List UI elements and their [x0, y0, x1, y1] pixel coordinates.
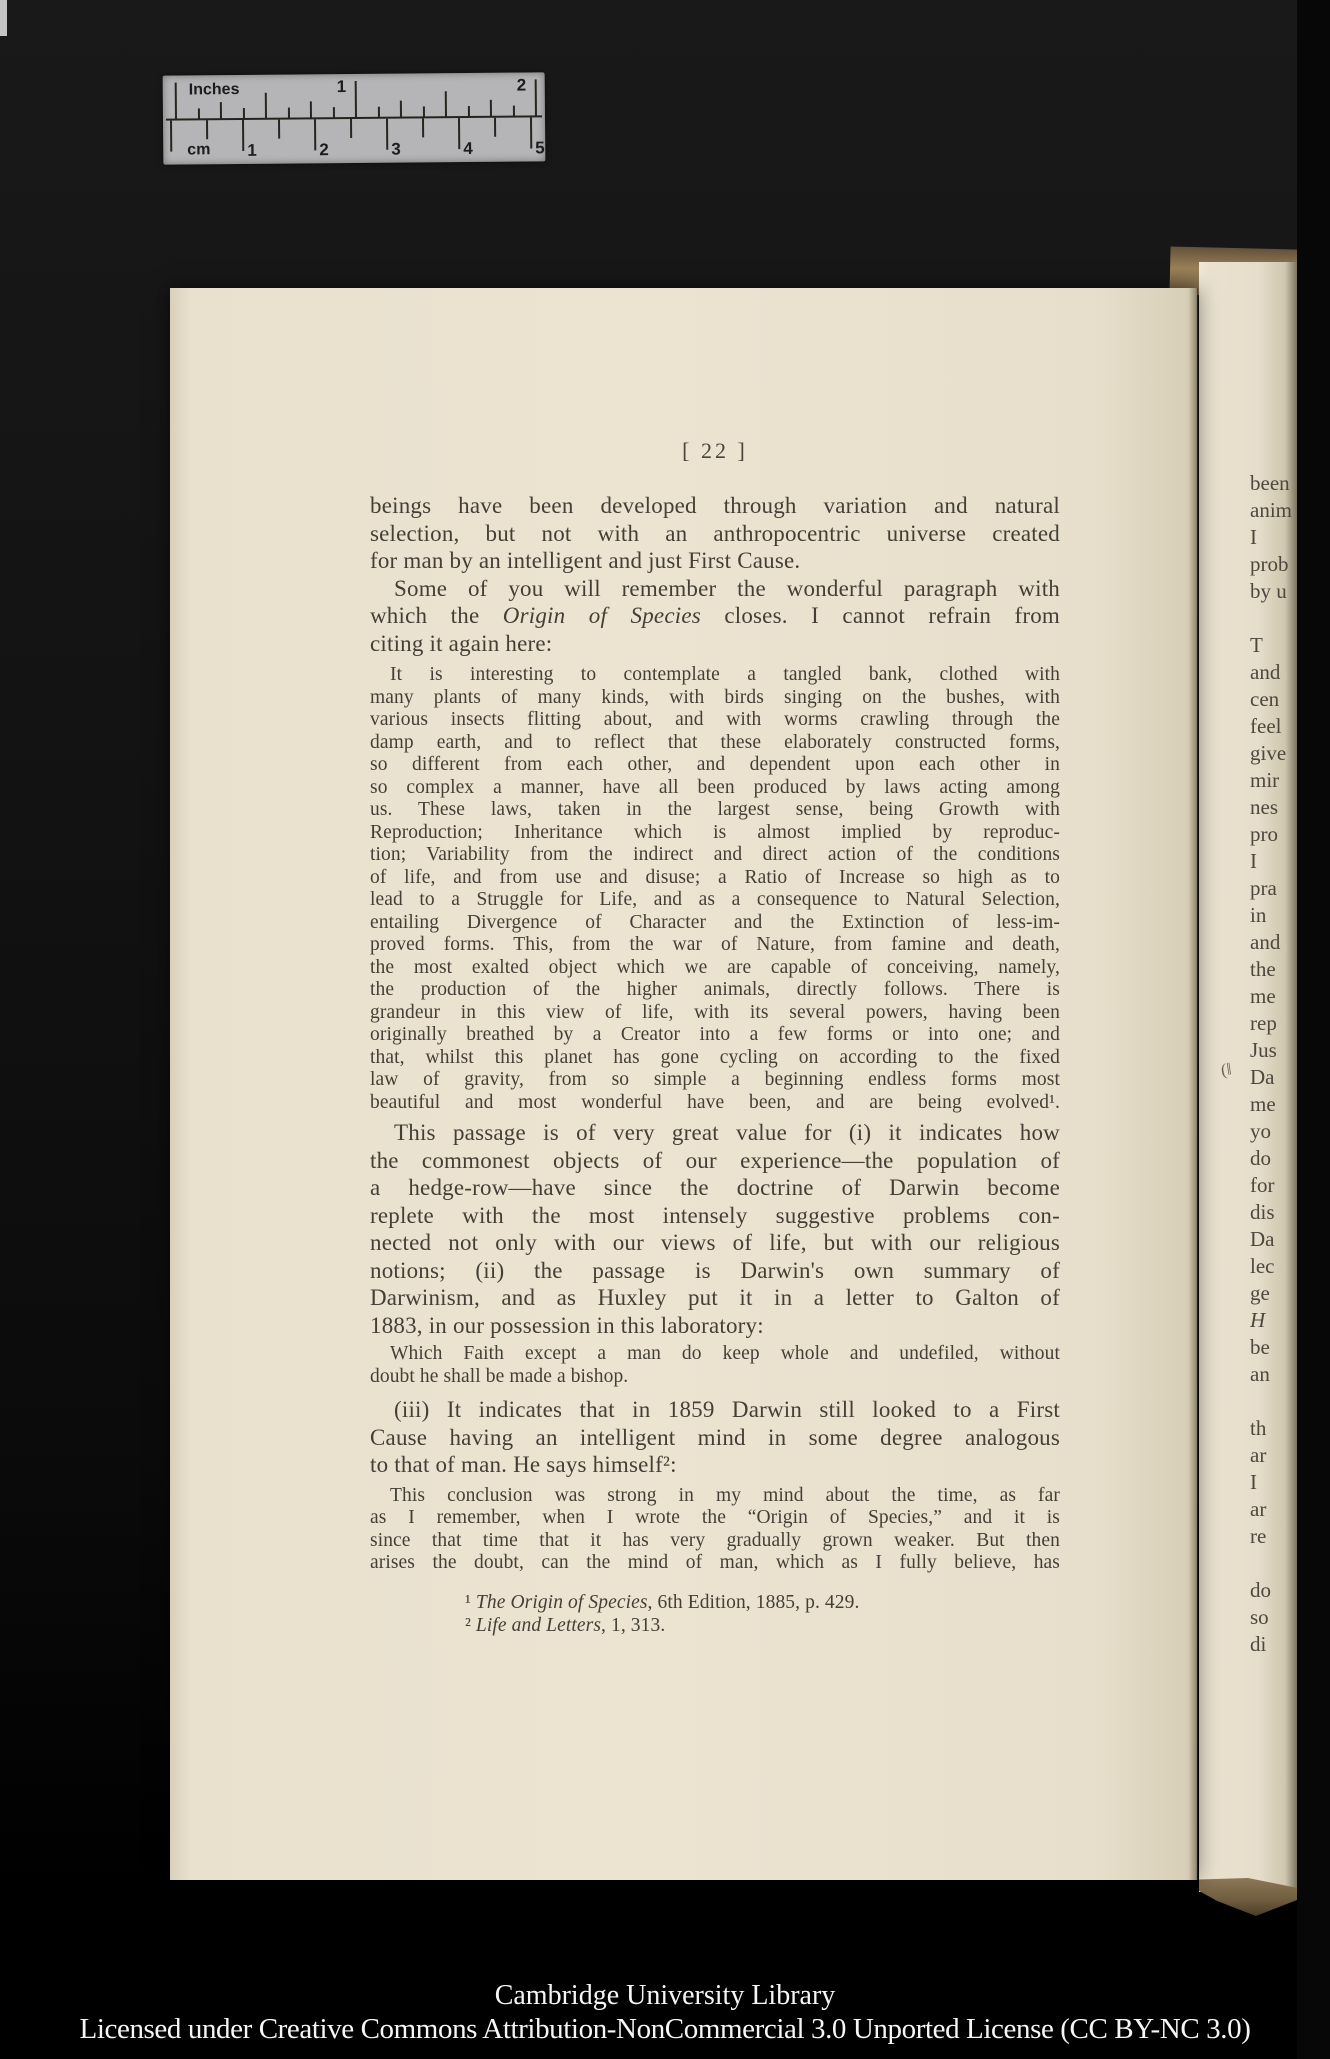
- text-line: ge: [1250, 1280, 1297, 1307]
- text-line: Which Faith except a man do keep whole a…: [370, 1343, 1060, 1366]
- text-line: cen: [1250, 686, 1297, 713]
- text-line: I: [1250, 524, 1297, 551]
- text-line: doubt he shall be made a bishop.: [370, 1366, 1060, 1389]
- text-line: notions; (ii) the passage is Darwin's ow…: [370, 1257, 1060, 1285]
- text-line: replete with the most intensely suggesti…: [370, 1202, 1060, 1230]
- text-line: grandeur in this view of life, with its …: [370, 1002, 1060, 1025]
- text-line: This passage is of very great value for …: [370, 1119, 1060, 1147]
- ruler-inch-numbers: 12: [163, 72, 545, 75]
- ruler-tick: [242, 120, 244, 151]
- text-line: [1250, 605, 1297, 632]
- ruler-tick: [400, 101, 402, 118]
- text-line: prob: [1250, 551, 1297, 578]
- facing-page-text-fragments: beenanimIprobby uTandcenfeelgivemirnespr…: [1250, 470, 1297, 1658]
- paragraph-some-of-you: Some of you will remember the wonderful …: [370, 575, 1060, 658]
- text-line: beings have been developed through varia…: [370, 492, 1060, 520]
- text-line: of life, and from use and disuse; a Rati…: [370, 867, 1060, 890]
- text-line: so complex a manner, have all been produ…: [370, 777, 1060, 800]
- text-line: Da: [1250, 1064, 1297, 1091]
- text-line: do: [1250, 1145, 1297, 1172]
- ruler-tick: [422, 106, 424, 117]
- ruler-tick: [355, 81, 357, 118]
- ruler-tick: [386, 119, 388, 150]
- text-line: This conclusion was strong in my mind ab…: [370, 1485, 1060, 1508]
- text-line: do: [1250, 1577, 1297, 1604]
- ruler-cm-number: 1: [247, 141, 257, 161]
- ruler-cm-number: 2: [319, 140, 329, 160]
- text-line: [1250, 1550, 1297, 1577]
- text-line: as I remember, when I wrote the “Origin …: [370, 1507, 1060, 1530]
- ruler-inch-number: 2: [517, 75, 527, 95]
- text-line: so different from each other, and depend…: [370, 754, 1060, 777]
- text-line: originally breathed by a Creator into a …: [370, 1024, 1060, 1047]
- text-line: for: [1250, 1172, 1297, 1199]
- text-line: Jus: [1250, 1037, 1297, 1064]
- text-line: lec: [1250, 1253, 1297, 1280]
- ruler-tick: [265, 93, 267, 119]
- ruler-tick: [458, 118, 460, 149]
- footnotes: ¹ The Origin of Species, 6th Edition, 18…: [370, 1591, 1060, 1637]
- blockquote-huxley-faith: Which Faith except a man do keep whole a…: [370, 1343, 1060, 1388]
- text-line: arises the doubt, can the mind of man, w…: [370, 1552, 1060, 1575]
- ruler-tick: [377, 107, 379, 118]
- license-notice: Licensed under Creative Commons Attribut…: [0, 2013, 1330, 2046]
- text-line: us. These laws, taken in the largest sen…: [370, 799, 1060, 822]
- text-line: dis: [1250, 1199, 1297, 1226]
- scan-edge-artifact: [0, 0, 7, 36]
- blockquote-darwin-conclusion: This conclusion was strong in my mind ab…: [370, 1485, 1060, 1575]
- text-line: and: [1250, 929, 1297, 956]
- ruler-cm-ticks: [163, 72, 545, 75]
- blockquote-origin-closing-passage: It is interesting to contemplate a tangl…: [370, 664, 1060, 1114]
- text-line: and: [1250, 659, 1297, 686]
- text-line: me: [1250, 1091, 1297, 1118]
- text-line: which the Origin of Species closes. I ca…: [370, 602, 1060, 630]
- text-line: the most exalted object which we are cap…: [370, 957, 1060, 980]
- text-line: to that of man. He says himself²:: [370, 1451, 1060, 1479]
- ruler-tick: [512, 106, 514, 117]
- text-run: which the: [370, 603, 503, 628]
- text-line: ¹ The Origin of Species, 6th Edition, 18…: [370, 1591, 1060, 1614]
- paragraph-this-passage-value: This passage is of very great value for …: [370, 1119, 1060, 1339]
- text-line: tion; Variability from the indirect and …: [370, 844, 1060, 867]
- ruler-inch-ticks: [163, 72, 545, 75]
- text-line: since that time that it has very gradual…: [370, 1530, 1060, 1553]
- text-line: rep: [1250, 1010, 1297, 1037]
- ruler-tick: [170, 121, 172, 152]
- text-line: beautiful and most wonderful have been, …: [370, 1092, 1060, 1115]
- ruler: Inches cm 12 12345: [163, 72, 546, 164]
- text-line: ar: [1250, 1442, 1297, 1469]
- ruler-tick: [220, 102, 222, 119]
- library-attribution: Cambridge University Library: [0, 1980, 1330, 2012]
- text-line: be: [1250, 1334, 1297, 1361]
- text-run: closes. I cannot refrain from: [701, 603, 1060, 628]
- book-page: [ 22 ] beings have been developed throug…: [170, 288, 1197, 1880]
- text-line: so: [1250, 1604, 1297, 1631]
- ruler-tick: [278, 120, 280, 139]
- ruler-tick: [175, 83, 177, 120]
- text-line: ar: [1250, 1496, 1297, 1523]
- text-line: the commonest objects of our experience—…: [370, 1147, 1060, 1175]
- text-line: Some of you will remember the wonderful …: [370, 575, 1060, 603]
- paragraph-continuation: beings have been developed through varia…: [370, 492, 1060, 575]
- text-line: various insects flitting about, and with…: [370, 709, 1060, 732]
- text-run: ²: [465, 1615, 476, 1636]
- ruler-cm-label: cm: [187, 141, 210, 159]
- ruler-tick: [197, 108, 199, 119]
- ruler-cm-numbers: 12345: [163, 72, 545, 75]
- text-line: Da: [1250, 1226, 1297, 1253]
- text-line: that, whilst this planet has gone cyclin…: [370, 1047, 1060, 1070]
- ruler-tick: [422, 118, 424, 137]
- text-line: [1250, 1388, 1297, 1415]
- text-line: Reproduction; Inheritance which is almos…: [370, 822, 1060, 845]
- text-line: the: [1250, 956, 1297, 983]
- ruler-tick: [490, 100, 492, 117]
- text-line: feel: [1250, 713, 1297, 740]
- ruler-tick: [242, 108, 244, 119]
- text-line: anim: [1250, 497, 1297, 524]
- text-line: damp earth, and to reflect that these el…: [370, 732, 1060, 755]
- text-line: an: [1250, 1361, 1297, 1388]
- text-line: (iii) It indicates that in 1859 Darwin s…: [370, 1396, 1060, 1424]
- ruler-tick: [467, 106, 469, 117]
- text-line: entailing Divergence of Character and th…: [370, 912, 1060, 935]
- text-line: give: [1250, 740, 1297, 767]
- text-line: Darwinism, and as Huxley put it in a let…: [370, 1284, 1060, 1312]
- ruler-inch-number: 1: [337, 77, 347, 97]
- text-line: pra: [1250, 875, 1297, 902]
- ruler-tick: [445, 91, 447, 117]
- text-line: H: [1250, 1307, 1297, 1334]
- text-line: nes: [1250, 794, 1297, 821]
- text-line: me: [1250, 983, 1297, 1010]
- text-line: citing it again here:: [370, 630, 1060, 658]
- text-line: lead to a Struggle for Life, and as a co…: [370, 889, 1060, 912]
- text-line: re: [1250, 1523, 1297, 1550]
- text-line: th: [1250, 1415, 1297, 1442]
- text-line: by u: [1250, 578, 1297, 605]
- text-line: I: [1250, 848, 1297, 875]
- text-run: , 1, 313.: [601, 1615, 665, 1636]
- ruler-tick: [494, 118, 496, 137]
- text-line: in: [1250, 902, 1297, 929]
- text-line: proved forms. This, from the war of Natu…: [370, 934, 1060, 957]
- text-line: di: [1250, 1631, 1297, 1658]
- text-line: many plants of many kinds, with birds si…: [370, 687, 1060, 710]
- italic-text: Origin of Species: [503, 603, 701, 628]
- ruler-tick: [310, 101, 312, 118]
- page-text-column: beings have been developed through varia…: [370, 492, 1060, 1637]
- text-line: a hedge-row—have since the doctrine of D…: [370, 1174, 1060, 1202]
- ruler-tick: [287, 108, 289, 119]
- text-line: for man by an intelligent and just First…: [370, 547, 1060, 575]
- ruler-tick: [314, 119, 316, 150]
- italic-text: The Origin of Species: [476, 1592, 648, 1613]
- italic-text: H: [1250, 1308, 1265, 1332]
- ruler-cm-number: 4: [463, 139, 473, 159]
- paragraph-iii-first-cause: (iii) It indicates that in 1859 Darwin s…: [370, 1396, 1060, 1479]
- text-run: , 6th Edition, 1885, p. 429.: [648, 1592, 860, 1613]
- ruler-tick: [530, 117, 532, 148]
- text-line: yo: [1250, 1118, 1297, 1145]
- ruler-tick: [206, 120, 208, 139]
- text-line: I: [1250, 1469, 1297, 1496]
- text-line: selection, but not with an anthropocentr…: [370, 520, 1060, 548]
- ruler-tick: [350, 119, 352, 138]
- scan-right-black-band: [1297, 0, 1330, 2059]
- text-line: nected not only with our views of life, …: [370, 1229, 1060, 1257]
- ruler-tick: [332, 107, 334, 118]
- ruler-cm-number: 3: [391, 140, 401, 160]
- text-run: ¹: [465, 1592, 476, 1613]
- text-line: law of gravity, from so simple a beginni…: [370, 1069, 1060, 1092]
- text-line: been: [1250, 470, 1297, 497]
- ruler-cm-number: 5: [535, 138, 545, 158]
- scanned-book-photo: Inches cm 12 12345 beenanimIprobby uTand…: [0, 0, 1330, 2059]
- italic-text: Life and Letters: [476, 1615, 601, 1636]
- text-line: Cause having an intelligent mind in some…: [370, 1424, 1060, 1452]
- text-line: 1883, in our possession in this laborato…: [370, 1312, 1060, 1340]
- text-line: It is interesting to contemplate a tangl…: [370, 664, 1060, 687]
- ruler-tick: [535, 79, 537, 116]
- text-line: T: [1250, 632, 1297, 659]
- text-line: the production of the higher animals, di…: [370, 979, 1060, 1002]
- page-number: [ 22 ]: [370, 438, 1060, 464]
- text-line: mir: [1250, 767, 1297, 794]
- ruler-inches-label: Inches: [189, 81, 240, 99]
- text-line: ² Life and Letters, 1, 313.: [370, 1614, 1060, 1637]
- text-line: pro: [1250, 821, 1297, 848]
